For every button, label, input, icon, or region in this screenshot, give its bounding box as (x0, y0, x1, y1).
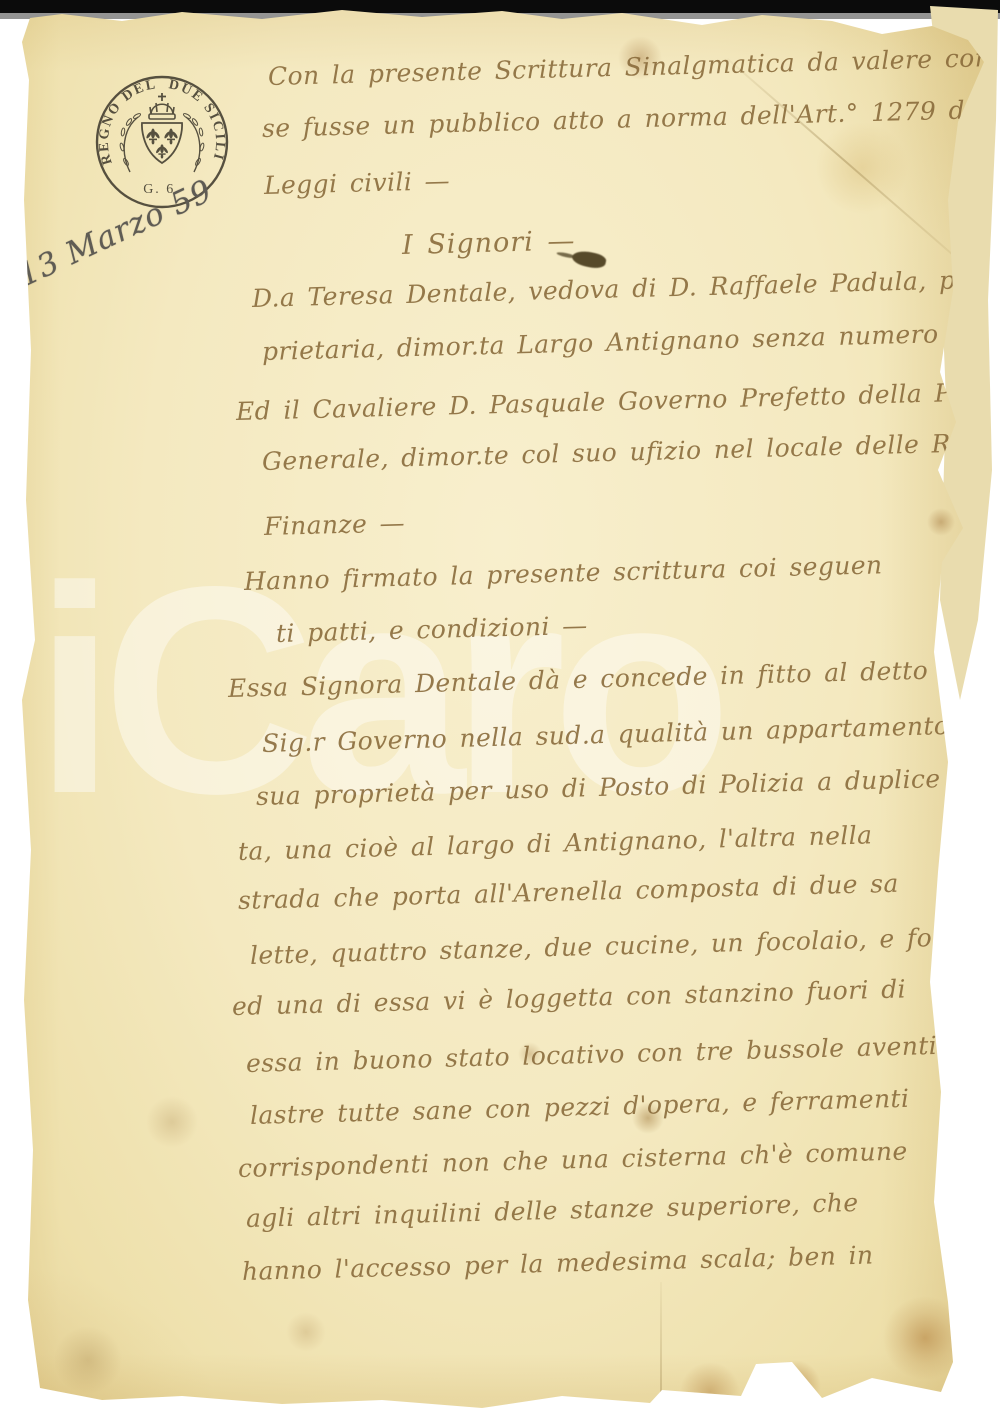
manuscript-line: lette, quattro stanze, due cucine, un fo… (250, 922, 977, 970)
manuscript-line: agli altri inquilini delle stanze superi… (246, 1188, 859, 1233)
manuscript-line: Con la presente Scrittura Sinalgmatica d… (268, 42, 1000, 91)
manuscript-line: prietaria, dimor.ta Largo Antignano senz… (262, 319, 939, 366)
manuscript-line: D.a Teresa Dentale, vedova di D. Raffael… (252, 265, 984, 313)
manuscript-line: Hanno firmato la presente scrittura coi … (244, 550, 883, 596)
manuscript-line: lastre tutte sane con pezzi d'opera, e f… (250, 1084, 910, 1130)
manuscript-line: essa in buono stato locativo con tre bus… (246, 1031, 938, 1078)
manuscript-line: corrispondenti non che una cisterna ch'è… (238, 1136, 908, 1183)
ink-blot (571, 249, 607, 271)
manuscript-line: strada che porta all'Arenella composta d… (238, 869, 899, 915)
manuscript-line: hanno l'accesso per la medesima scala; b… (242, 1240, 874, 1286)
manuscript-line: Leggi civili — (264, 166, 451, 200)
document-scan: iCaro REGNO DELLE D (0, 0, 1000, 1425)
manuscript-line: sua proprietà per uso di Posto di Polizi… (256, 762, 1000, 811)
manuscript-line: Sig.r Governo nella sud.a qualità un app… (262, 710, 987, 758)
manuscript-line: Finanze — (264, 508, 406, 541)
manuscript-line: Generale, dimor.te col suo ufizio nel lo… (262, 428, 999, 476)
manuscript-text: Con la presente Scrittura Sinalgmatica d… (0, 0, 1000, 1425)
manuscript-line: se fusse un pubblico atto a norma dell'A… (262, 94, 1000, 143)
manuscript-line: Ed il Cavaliere D. Pasquale Governo Pref… (236, 376, 1000, 426)
manuscript-line: Essa Signora Dentale dà e concede in fit… (228, 656, 929, 703)
manuscript-line: ta, una cioè al largo di Antignano, l'al… (238, 820, 873, 866)
manuscript-paper: iCaro REGNO DELLE D (0, 0, 1000, 1425)
manuscript-line: ed una di essa vi è loggetta con stanzin… (232, 974, 907, 1021)
scanner-edge-strip (0, 0, 1000, 13)
manuscript-line: ti patti, e condizioni — (276, 611, 588, 648)
manuscript-heading: I Signori — (402, 225, 576, 261)
